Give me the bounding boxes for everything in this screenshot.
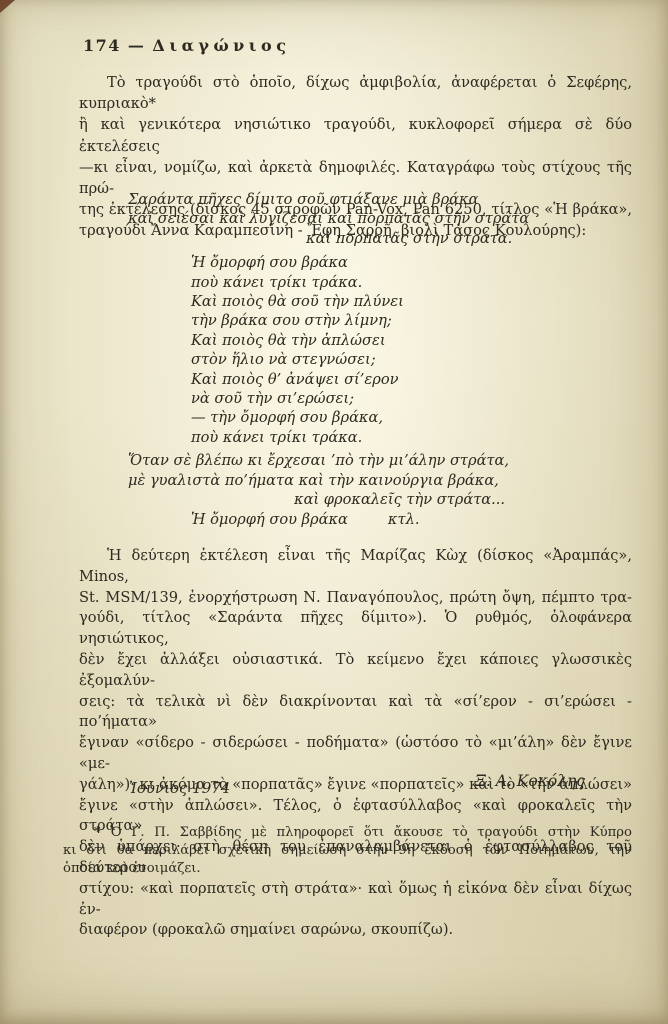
poem-line: μὲ γυαλιστὰ πο’ήματα καὶ τὴν καινούργια … [128, 471, 529, 490]
dateline-row: Ἰούνιος 1974 Ξ. Α. Κοκόλης [79, 772, 632, 798]
poem-line: τὴν βράκα σου στὴν λίμνη; [128, 311, 529, 330]
poem-line: στὸν ἥλιο νὰ στεγνώσει; [128, 350, 529, 369]
page-corner-stain [0, 0, 15, 13]
date-line: Ἰούνιος 1974 [129, 779, 230, 797]
scanned-book-page: 174—Διαγώνιος Τὸ τραγούδι στὸ ὁποῖο, δίχ… [0, 0, 668, 1024]
paragraph-line: γούδι, τίτλος «Σαράντα πῆχες δίμιτο»). Ὁ… [79, 608, 632, 650]
poem-line: νὰ σοῦ τὴν σι’ερώσει; [128, 389, 529, 408]
refrain-abbreviation: κτλ. [388, 511, 420, 528]
paragraph-line: ἔγιναν «σίδερο - σιδερώσει - ποδήματα» (… [79, 733, 632, 775]
poem-line: Καὶ ποιὸς θ’ ἀνάψει σί’ερον [128, 370, 529, 389]
paragraph-line: St. MSM/139, ἐνορχήστρωση Ν. Παναγόπουλο… [79, 588, 632, 609]
page-number: 174 [83, 36, 121, 55]
poem-line: ποὺ κάνει τρίκι τράκα. [128, 273, 529, 292]
journal-title: Διαγώνιος [152, 36, 290, 55]
poem-line: Ὅταν σὲ βλέπω κι ἔρχεσαι ’πὸ τὴν μι’άλην… [128, 451, 529, 470]
poem-line: Καὶ ποιὸς θὰ σοῦ τὴν πλύνει [128, 292, 529, 311]
paragraph-line: διαφέρον (φροκαλῶ σημαίνει σαρώνω, σκουπ… [79, 920, 632, 941]
paragraph-line: στίχου: «καὶ πορπατεῖς στὴ στράτα»· καὶ … [79, 879, 632, 921]
poem-refrain-start: Ἡ ὄμορφή σου βράκα [191, 511, 348, 528]
footnote-line: κι ὅτι θὰ περιλάβει σχετικὴ σημείωση στὴ… [63, 842, 632, 860]
footnote-line: * Ὁ Γ. Π. Σαββίδης μὲ πληροφορεῖ ὅτι ἄκο… [63, 824, 632, 842]
poem-line: ποὺ κάνει τρίκι τράκα. [128, 428, 529, 447]
poem-line: καὶ πορπατᾶς στὴν στράτα. [128, 229, 529, 248]
poem-line: Ἡ ὄμορφή σου βράκα [128, 253, 529, 272]
header-separator: — [128, 36, 146, 55]
poem-line: Σαράντα πῆχες δίμιτο σοῦ φτιάξανε μιὰ βρ… [128, 190, 529, 209]
commentary-paragraph: Ἡ δεύτερη ἐκτέλεση εἶναι τῆς Μαρίζας Κὼχ… [79, 546, 632, 941]
poem-line: καὶ σειέσαι καὶ λυγίζεσαι καὶ πορπατᾶς σ… [128, 209, 529, 228]
paragraph-line: Τὸ τραγούδι στὸ ὁποῖο, δίχως ἀμφιβολία, … [79, 72, 632, 114]
folk-song-lyrics: Σαράντα πῆχες δίμιτο σοῦ φτιάξανε μιὰ βρ… [128, 190, 529, 529]
paragraph-line: δὲν ἔχει ἀλλάξει οὐσιαστικά. Τὸ κείμενο … [79, 650, 632, 692]
paragraph-line: σεις: τὰ τελικὰ νὶ δὲν διακρίνονται καὶ … [79, 692, 632, 734]
page-header: 174—Διαγώνιος [83, 36, 290, 55]
paragraph-line: Ἡ δεύτερη ἐκτέλεση εἶναι τῆς Μαρίζας Κὼχ… [79, 546, 632, 588]
author-signature: Ξ. Α. Κοκόλης [475, 772, 585, 790]
poem-line: Καὶ ποιὸς θὰ τὴν ἁπλώσει [128, 331, 529, 350]
poem-line: Ἡ ὄμορφή σου βράκακτλ. [128, 510, 529, 529]
footnote-line: ὁποία καὶ ἑτοιμάζει. [63, 860, 632, 878]
poem-line: — τὴν ὄμορφή σου βράκα, [128, 408, 529, 427]
paragraph-line: ἢ καὶ γενικότερα νησιώτικο τραγούδι, κυκ… [79, 114, 632, 156]
poem-line: καὶ φροκαλεῖς τὴν στράτα... [128, 490, 529, 509]
footnote: * Ὁ Γ. Π. Σαββίδης μὲ πληροφορεῖ ὅτι ἄκο… [63, 824, 632, 878]
